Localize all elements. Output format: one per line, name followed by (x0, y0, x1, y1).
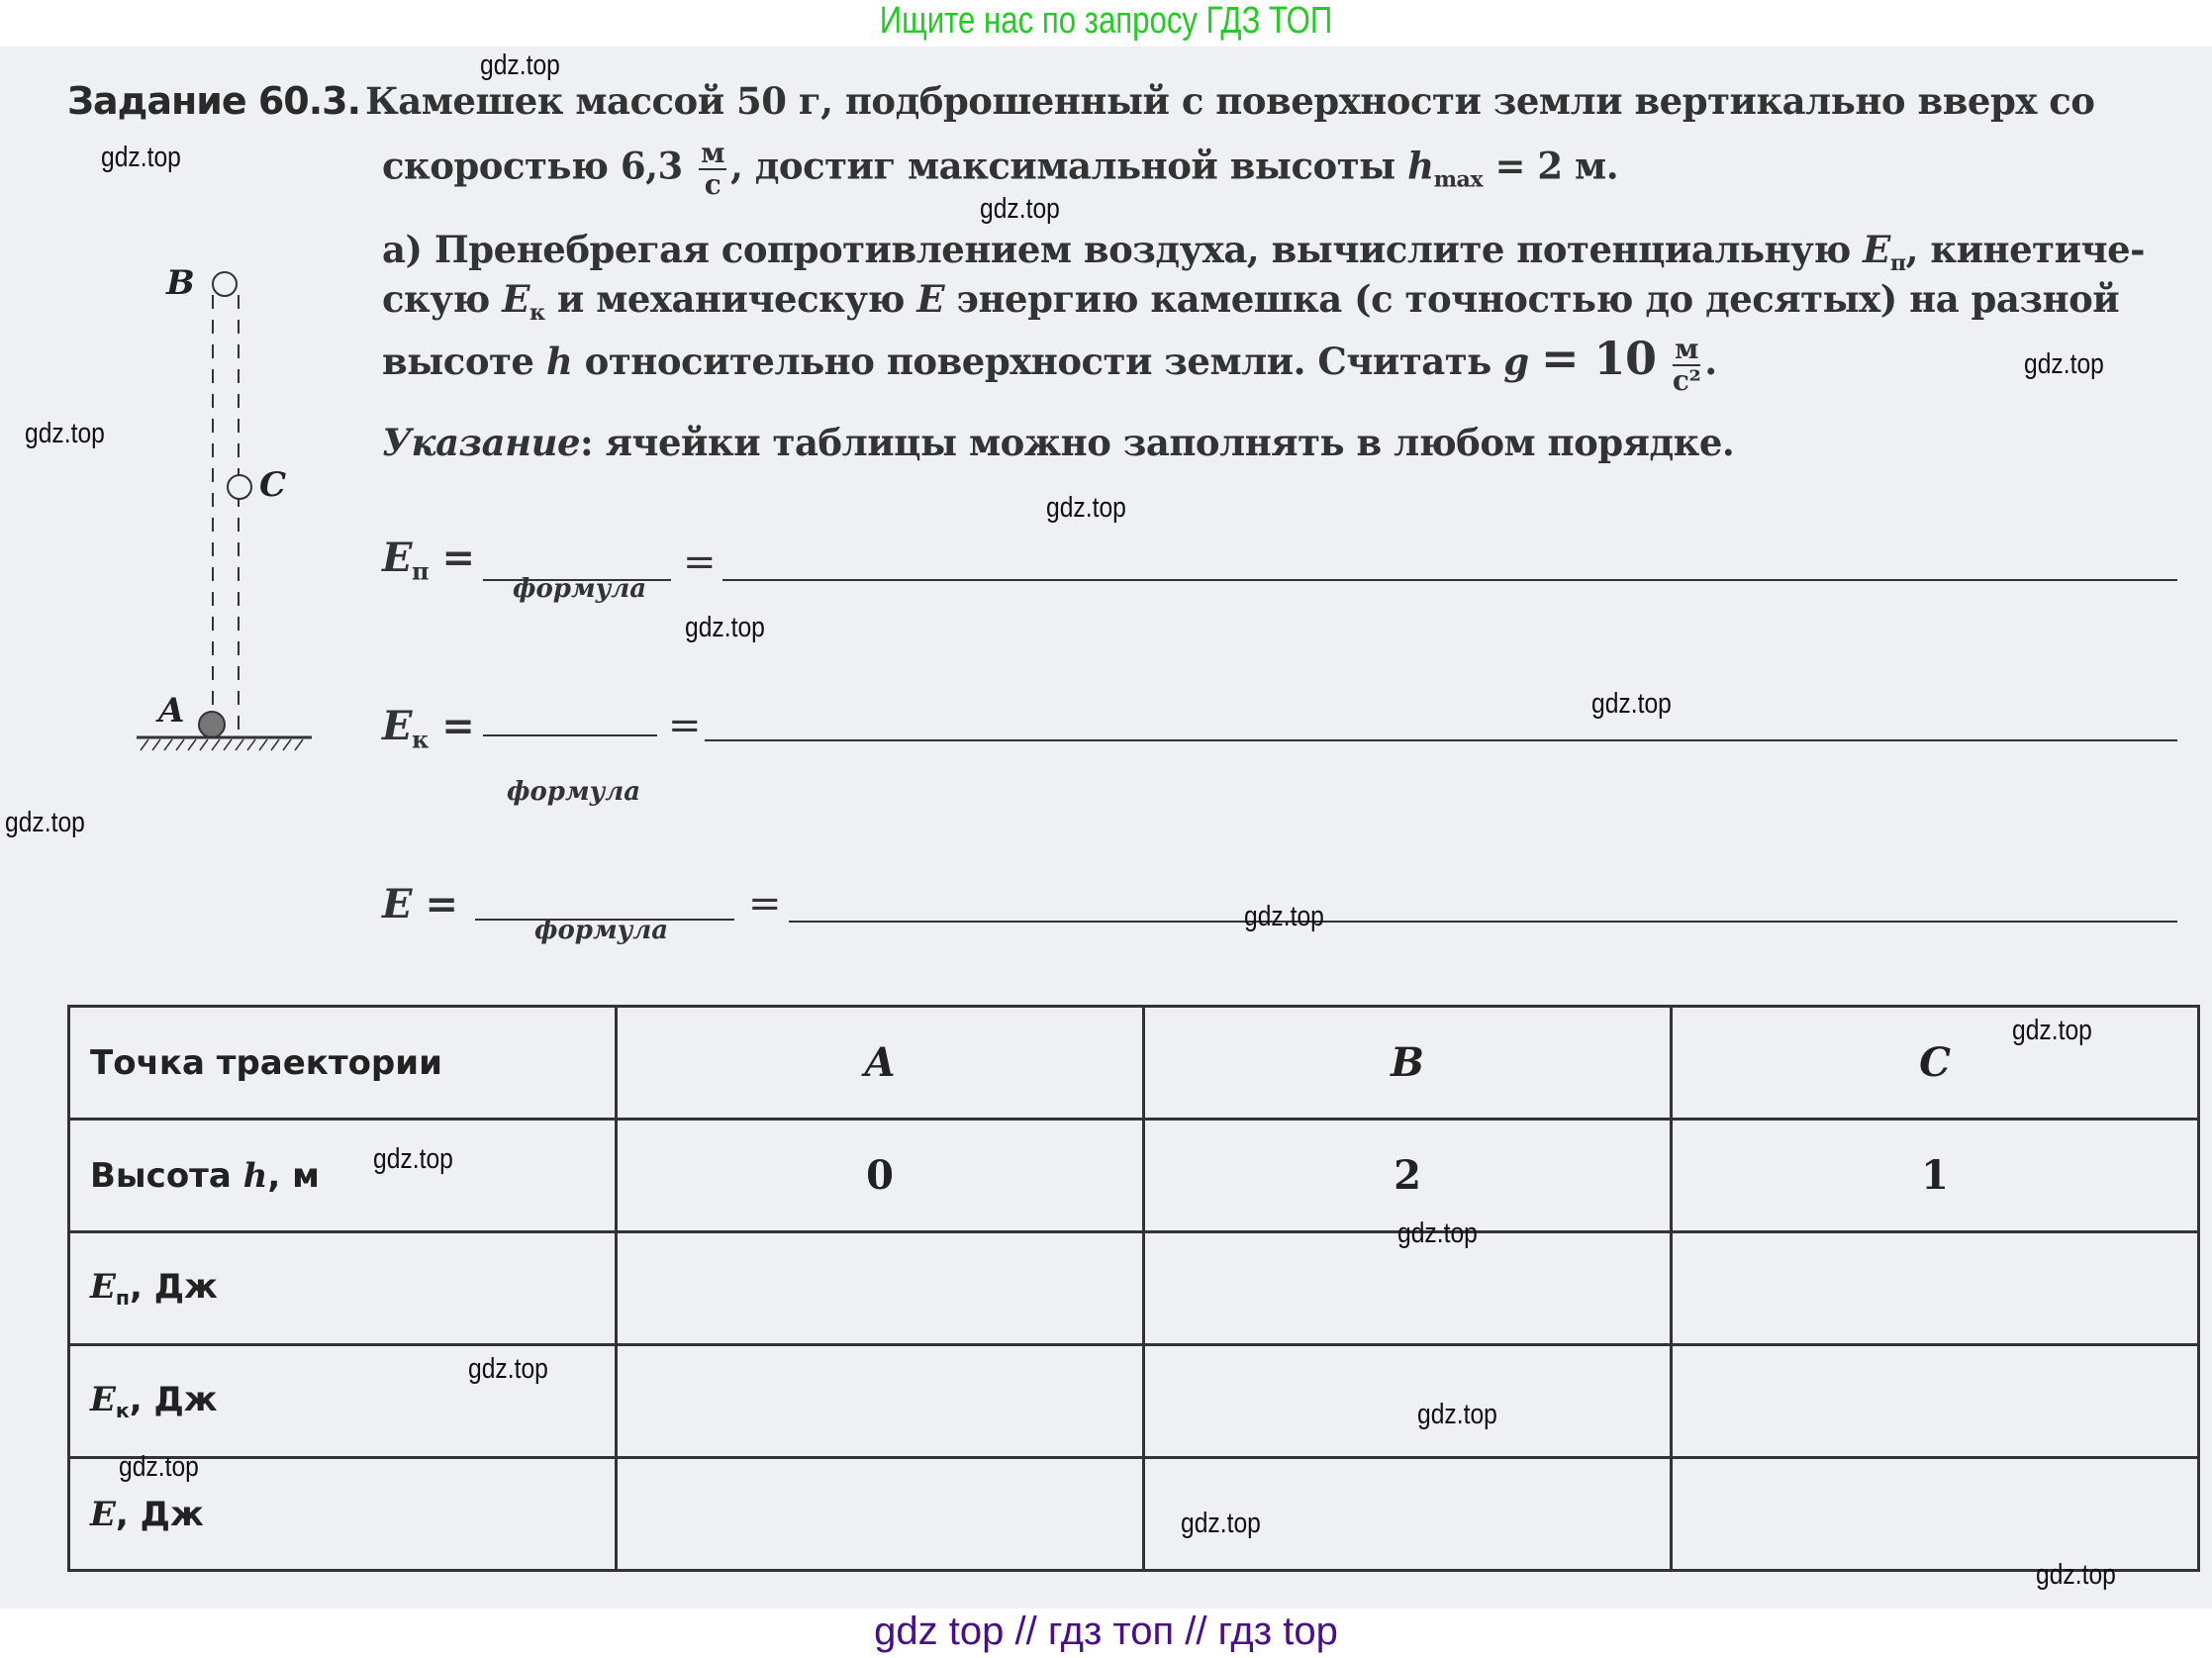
watermark: gdz.top (101, 142, 181, 174)
task-line-2: скоростью 6,3 мс, достиг максимальной вы… (382, 139, 1618, 200)
part-a-line-2: скую Eк и механическую E энергию камешка… (382, 277, 2119, 326)
watermark: gdz.top (5, 807, 85, 839)
hint-label: Указание (382, 421, 580, 464)
table-row: E, Дж (69, 1458, 2199, 1571)
task-line-1: Задание 60.3. Камешек массой 50 г, подбр… (67, 79, 2094, 123)
cell-ek-a[interactable] (617, 1345, 1144, 1458)
task-number: Задание 60.3. (67, 79, 360, 123)
formula-ep-caption: формула (513, 574, 646, 604)
watermark: gdz.top (1244, 901, 1324, 933)
watermark: gdz.top (2036, 1559, 2116, 1592)
watermark: gdz.top (1591, 688, 1672, 721)
watermark: gdz.top (685, 612, 765, 644)
search-banner: Ищите нас по запросу ГДЗ ТОП (199, 0, 2013, 42)
cell-ep-c[interactable] (1672, 1232, 2199, 1345)
g-unit-fraction: мс² (1673, 335, 1700, 396)
point-b-label: B (166, 263, 195, 303)
formula-e: E = (382, 881, 457, 927)
point-a-stone (199, 712, 225, 737)
cell-height-b: 2 (1144, 1120, 1672, 1232)
watermark: gdz.top (468, 1353, 548, 1386)
hint-text: : ячейки таблицы можно заполнять в любом… (580, 421, 1734, 464)
cell-ek-c[interactable] (1672, 1345, 2199, 1458)
formula-e-answer-blank[interactable] (789, 921, 2177, 923)
part-a-line-3: высоте h относительно поверхности земли.… (382, 332, 1717, 396)
point-a-label: A (158, 691, 184, 731)
header-col-b: B (1144, 1007, 1672, 1120)
table-row: Eп, Дж (69, 1232, 2199, 1345)
formula-e-caption: формула (534, 916, 668, 945)
formula-ek-blank[interactable] (483, 734, 657, 736)
point-b-marker (213, 272, 237, 296)
table-header-row: Точка траектории A B C (69, 1007, 2199, 1120)
watermark: gdz.top (2024, 348, 2104, 381)
watermark: gdz.top (480, 49, 560, 82)
watermark: gdz.top (1397, 1218, 1478, 1250)
cell-e-a[interactable] (617, 1458, 1144, 1571)
header-col-a: A (617, 1007, 1144, 1120)
cell-height-c: 1 (1672, 1120, 2199, 1232)
formula-ep-answer-blank[interactable] (722, 579, 2177, 581)
trajectory-diagram (119, 257, 337, 752)
formula-ek: Eк = (382, 703, 474, 753)
watermark: gdz.top (119, 1451, 199, 1484)
footer-banner: gdz top // гдз топ // гдз top (0, 1609, 2212, 1654)
watermark: gdz.top (2012, 1015, 2092, 1047)
watermark: gdz.top (1417, 1399, 1497, 1431)
table-row: Eк, Дж (69, 1345, 2199, 1458)
watermark: gdz.top (25, 418, 105, 450)
cell-ep-a[interactable] (617, 1232, 1144, 1345)
cell-height-a: 0 (617, 1120, 1144, 1232)
cell-ek-b[interactable] (1144, 1345, 1672, 1458)
formula-ep: Eп = (382, 535, 475, 585)
speed-unit-fraction: мс (699, 139, 726, 200)
header-label: Точка траектории (69, 1007, 617, 1120)
watermark: gdz.top (1046, 492, 1126, 525)
part-a-line-1: а) Пренебрегая сопротивлением воздуха, в… (382, 228, 2145, 276)
cell-e-c[interactable] (1672, 1458, 2199, 1571)
task-text-1: Камешек массой 50 г, подброшенный с пове… (365, 79, 2094, 123)
point-c-label: C (259, 465, 286, 505)
row-label-height: Высота h, м (69, 1120, 617, 1232)
point-c-marker (228, 475, 251, 499)
formula-ek-answer-blank[interactable] (705, 739, 2177, 741)
watermark: gdz.top (1181, 1508, 1261, 1540)
row-label-ep: Eп, Дж (69, 1232, 617, 1345)
header-col-c: C (1672, 1007, 2199, 1120)
watermark: gdz.top (373, 1143, 453, 1176)
energy-table: Точка траектории A B C Высота h, м 0 2 1… (67, 1005, 2200, 1572)
formula-ek-caption: формула (507, 777, 640, 807)
hint: Указание: ячейки таблицы можно заполнять… (382, 421, 1734, 464)
watermark: gdz.top (980, 193, 1060, 226)
